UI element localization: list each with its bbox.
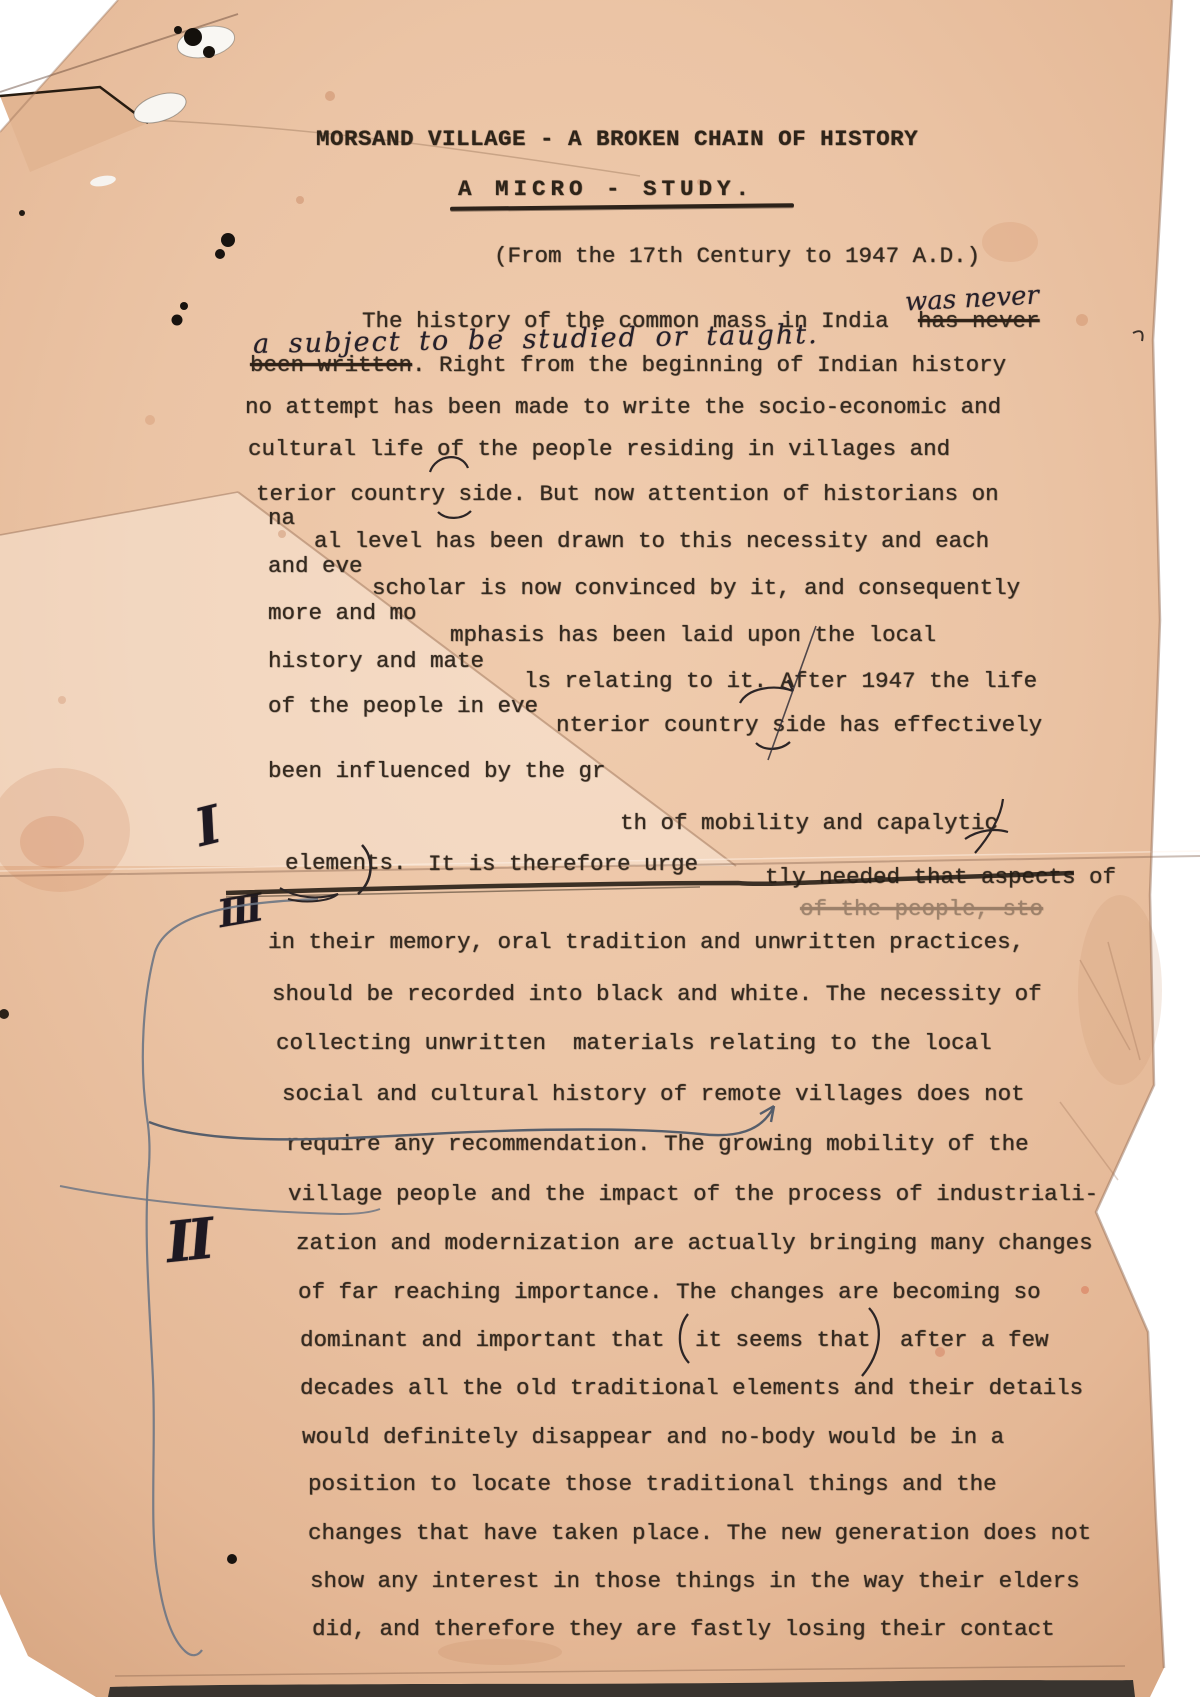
- typed-fragment: The history of the common mass in India: [362, 308, 889, 334]
- typed-fragment: terior country side. But now attention o…: [256, 481, 999, 507]
- document-text-layer: MORSAND VILLAGE - A BROKEN CHAIN OF HIST…: [0, 0, 1200, 1697]
- scanned-page-background: { "document": { "title": "MORSAND VILLAG…: [0, 0, 1200, 1697]
- margin-numeral-one: I: [189, 794, 227, 859]
- typed-fragment: no attempt has been made to write the so…: [245, 394, 1001, 420]
- typed-fragment: would definitely disappear and no-body w…: [302, 1424, 1004, 1450]
- typed-fragment: zation and modernization are actually br…: [296, 1230, 1093, 1256]
- typed-fragment: been influenced by the gr: [268, 758, 606, 784]
- typed-fragment: has never: [918, 308, 1040, 334]
- typed-fragment: cultural life of the people residing in …: [248, 436, 950, 462]
- margin-numeral-three: III: [214, 885, 263, 936]
- typed-fragment: decades all the old traditional elements…: [300, 1375, 1083, 1401]
- typed-fragment: th of mobility and capalytic: [620, 810, 998, 836]
- typed-fragment: elements.: [285, 850, 407, 876]
- margin-numeral-two: II: [163, 1206, 214, 1276]
- typed-fragment: changes that have taken place. The new g…: [308, 1520, 1091, 1546]
- document-subtitle: A MICRO - STUDY.: [458, 176, 754, 202]
- typed-fragment: more and mo: [268, 600, 417, 626]
- typed-fragment: village people and the impact of the pro…: [288, 1181, 1098, 1207]
- document-daterange: (From the 17th Century to 1947 A.D.): [494, 243, 980, 269]
- typed-fragment: of far reaching importance. The changes …: [298, 1279, 1041, 1305]
- typed-fragment: social and cultural history of remote vi…: [282, 1081, 1025, 1107]
- typed-fragment: . Right from the beginning of Indian his…: [412, 352, 1006, 378]
- typed-fragment: did, and therefore they are fastly losin…: [312, 1616, 1055, 1642]
- typed-fragment: na: [268, 505, 295, 531]
- typed-fragment: collecting unwritten materials relating …: [276, 1030, 992, 1056]
- typed-fragment: of the people in eve: [268, 693, 538, 719]
- typed-fragment: been written: [250, 352, 412, 378]
- typed-fragment: mphasis has been laid upon the local: [450, 622, 936, 648]
- typed-fragment: history and mate: [268, 648, 484, 674]
- typed-fragment: of the people, sto: [800, 896, 1043, 922]
- typed-fragment: in their memory, oral tradition and unwr…: [268, 929, 1024, 955]
- typed-fragment: scholar is now convinced by it, and cons…: [372, 575, 1020, 601]
- typed-fragment: dominant and important that: [300, 1327, 665, 1353]
- typed-fragment: al level has been drawn to this necessit…: [314, 528, 989, 554]
- title-underline: [450, 203, 794, 211]
- typed-fragment: nterior country side has effectively: [556, 712, 1042, 738]
- typed-fragment: It is therefore urge: [428, 851, 698, 877]
- document-title: MORSAND VILLAGE - A BROKEN CHAIN OF HIST…: [316, 126, 918, 152]
- typed-fragment: after a few: [900, 1327, 1049, 1353]
- typed-fragment: show any interest in those things in the…: [310, 1568, 1080, 1594]
- typed-fragment: position to locate those traditional thi…: [308, 1471, 997, 1497]
- typed-fragment: require any recommendation. The growing …: [286, 1131, 1029, 1157]
- typed-fragment: tly needed that aspects of: [765, 864, 1116, 890]
- typed-fragment: it seems that: [695, 1327, 871, 1353]
- typed-fragment: ls relating to it. After 1947 the life: [524, 668, 1037, 694]
- typed-fragment: and eve: [268, 553, 363, 579]
- typed-fragment: should be recorded into black and white.…: [272, 981, 1042, 1007]
